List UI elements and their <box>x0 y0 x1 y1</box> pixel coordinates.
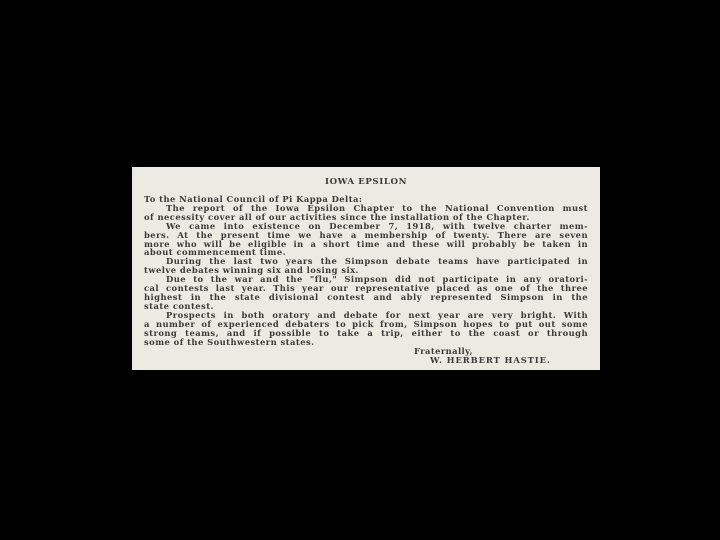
letter-body: The report of the Iowa Epsilon Chapter t… <box>144 204 588 347</box>
text-line: some of the Southwestern states. <box>144 338 588 347</box>
document-page: IOWA EPSILON To the National Council of … <box>132 167 600 370</box>
signature: W. HERBERT HASTIE. <box>430 356 588 365</box>
document-title: IOWA EPSILON <box>144 177 588 187</box>
